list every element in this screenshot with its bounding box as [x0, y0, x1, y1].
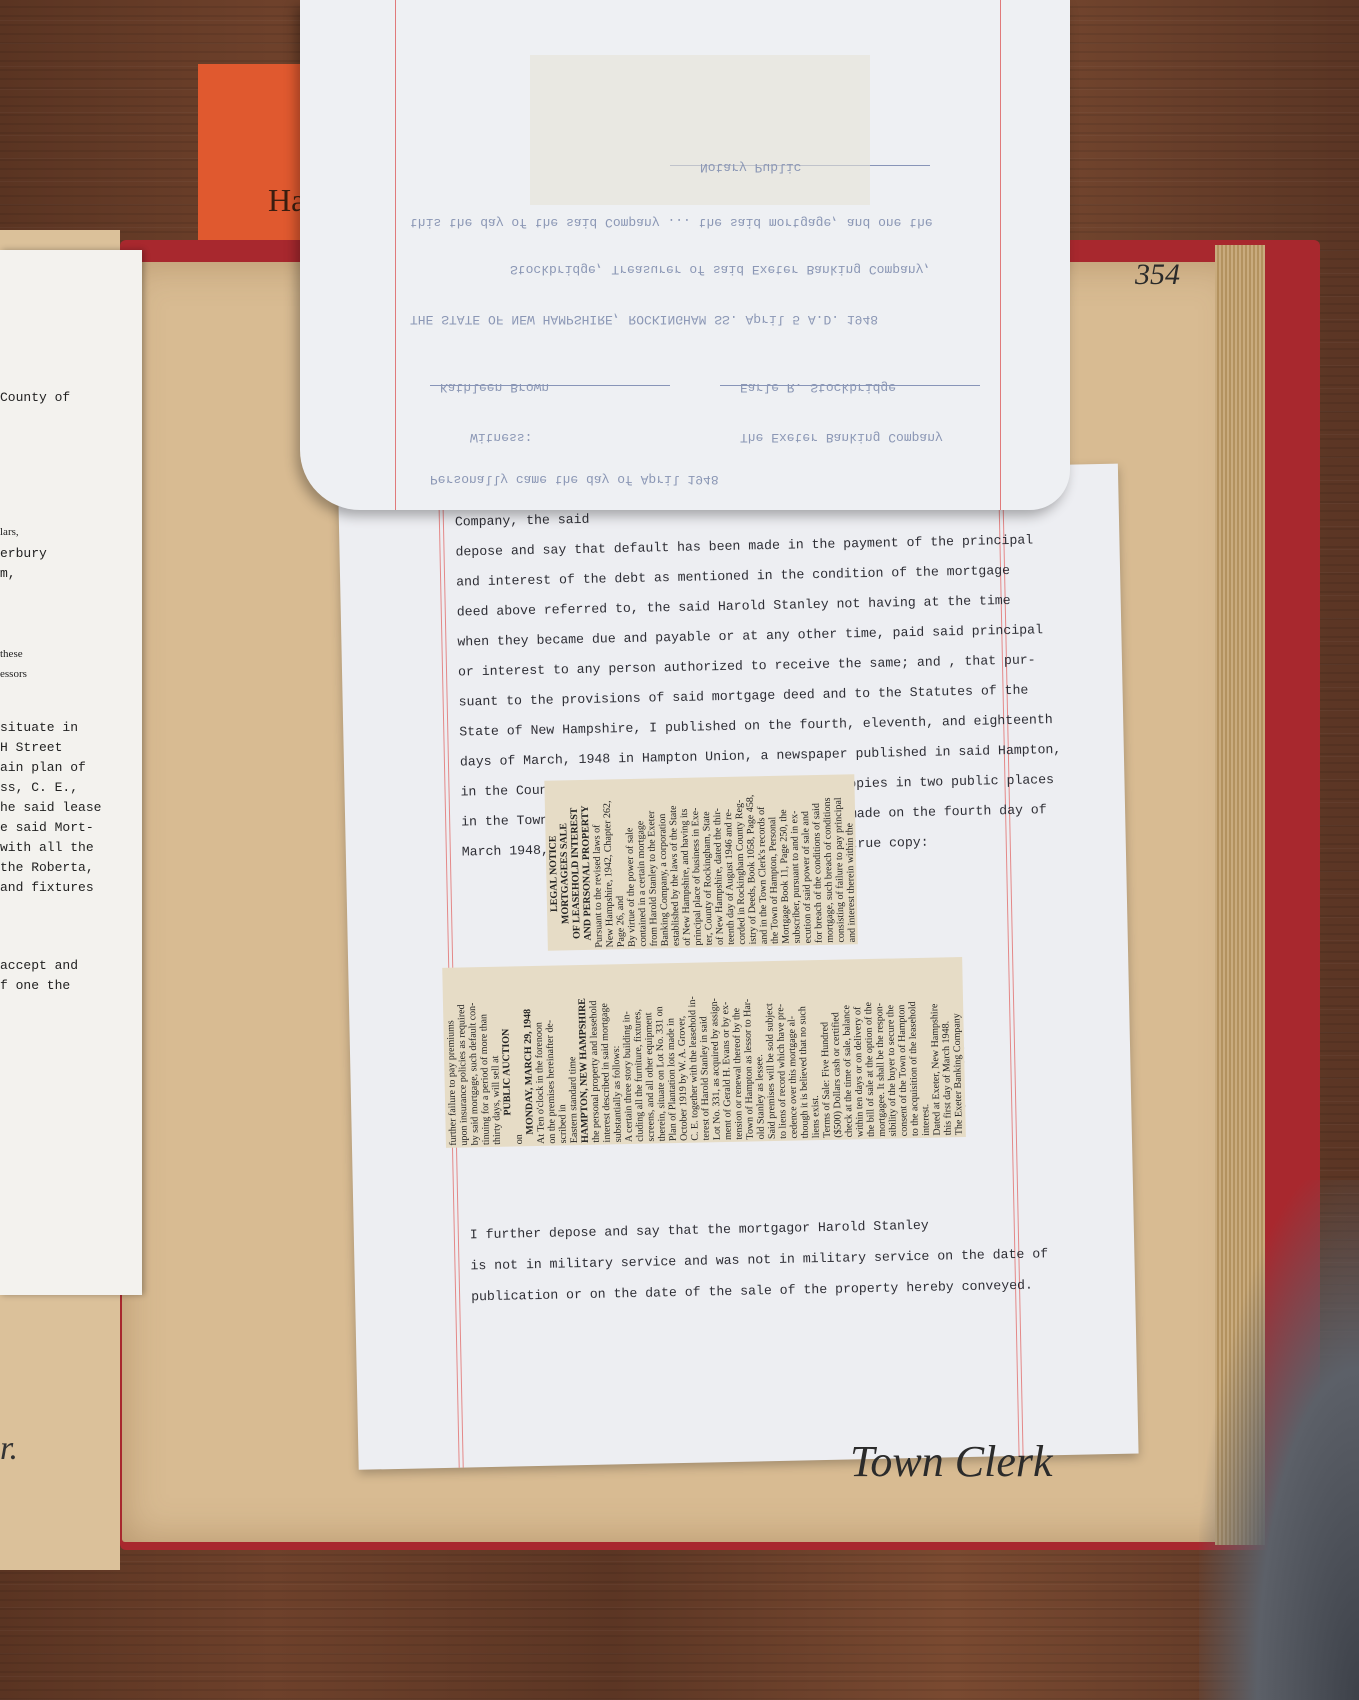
- legal-notice-clipping-top: LEGAL NOTICEMORTGAGEES SALEOF LEASEHOLD …: [544, 774, 857, 950]
- ghost-text-line: Personally came the day of April 1948: [430, 472, 719, 487]
- left-document-line: essors: [0, 668, 27, 680]
- ghost-text-line: Stockbridge, Treasurer of said Exeter Ba…: [510, 262, 931, 277]
- ghost-text-line: THE STATE OF NEW HAMPSHIRE, ROCKINGHAM S…: [410, 312, 878, 327]
- left-document-line: e said Mort-: [0, 820, 94, 835]
- left-document-line: County of: [0, 390, 70, 405]
- left-signature: r.: [0, 1430, 18, 1468]
- left-document-line: with all the: [0, 840, 94, 855]
- page-number: 354: [1135, 258, 1180, 292]
- flipped-margin-line-right: [1000, 0, 1001, 510]
- ghost-text-line: Notary Public: [700, 160, 801, 175]
- left-document-line: f one the: [0, 978, 70, 993]
- town-clerk-signature: Town Clerk: [850, 1436, 1053, 1487]
- flipped-page-reverse: Notary Publicthis the day of the said Co…: [300, 0, 1070, 510]
- left-document-line: accept and: [0, 958, 78, 973]
- ghost-text-line: this the day of the said Company ... the…: [410, 215, 933, 230]
- camera-shadow: [1199, 1180, 1359, 1700]
- left-document-line: ss, C. E.,: [0, 780, 78, 795]
- left-document-line: H Street: [0, 740, 62, 755]
- left-document-line: these: [0, 648, 23, 660]
- left-document-line: ain plan of: [0, 760, 86, 775]
- left-document-line: m,: [0, 566, 16, 581]
- ghost-text-line: Witness:: [470, 430, 532, 445]
- show-through-block: [530, 55, 870, 205]
- ghost-text-line: Earle R. Stockbridge: [740, 380, 896, 395]
- ghost-text-line: The Exeter Banking Company: [740, 430, 943, 445]
- affidavit-text-bottom: I further depose and say that the mortga…: [470, 1207, 1042, 1312]
- affidavit-sheet: Company, the saiddepose and say that def…: [338, 464, 1139, 1470]
- left-document-line: erbury: [0, 546, 47, 561]
- left-document-line: situate in: [0, 720, 78, 735]
- ghost-text-line: Kathleen Brown: [440, 380, 549, 395]
- flipped-margin-line: [395, 0, 396, 510]
- left-document-line: he said lease: [0, 800, 101, 815]
- left-document-line: and fixtures: [0, 880, 94, 895]
- legal-notice-clipping-bottom: further failure to pay premiumsupon insu…: [442, 957, 966, 1148]
- left-document: County oflars,erburym,theseessorssituate…: [0, 250, 142, 1295]
- left-document-line: lars,: [0, 526, 19, 538]
- left-document-line: the Roberta,: [0, 860, 94, 875]
